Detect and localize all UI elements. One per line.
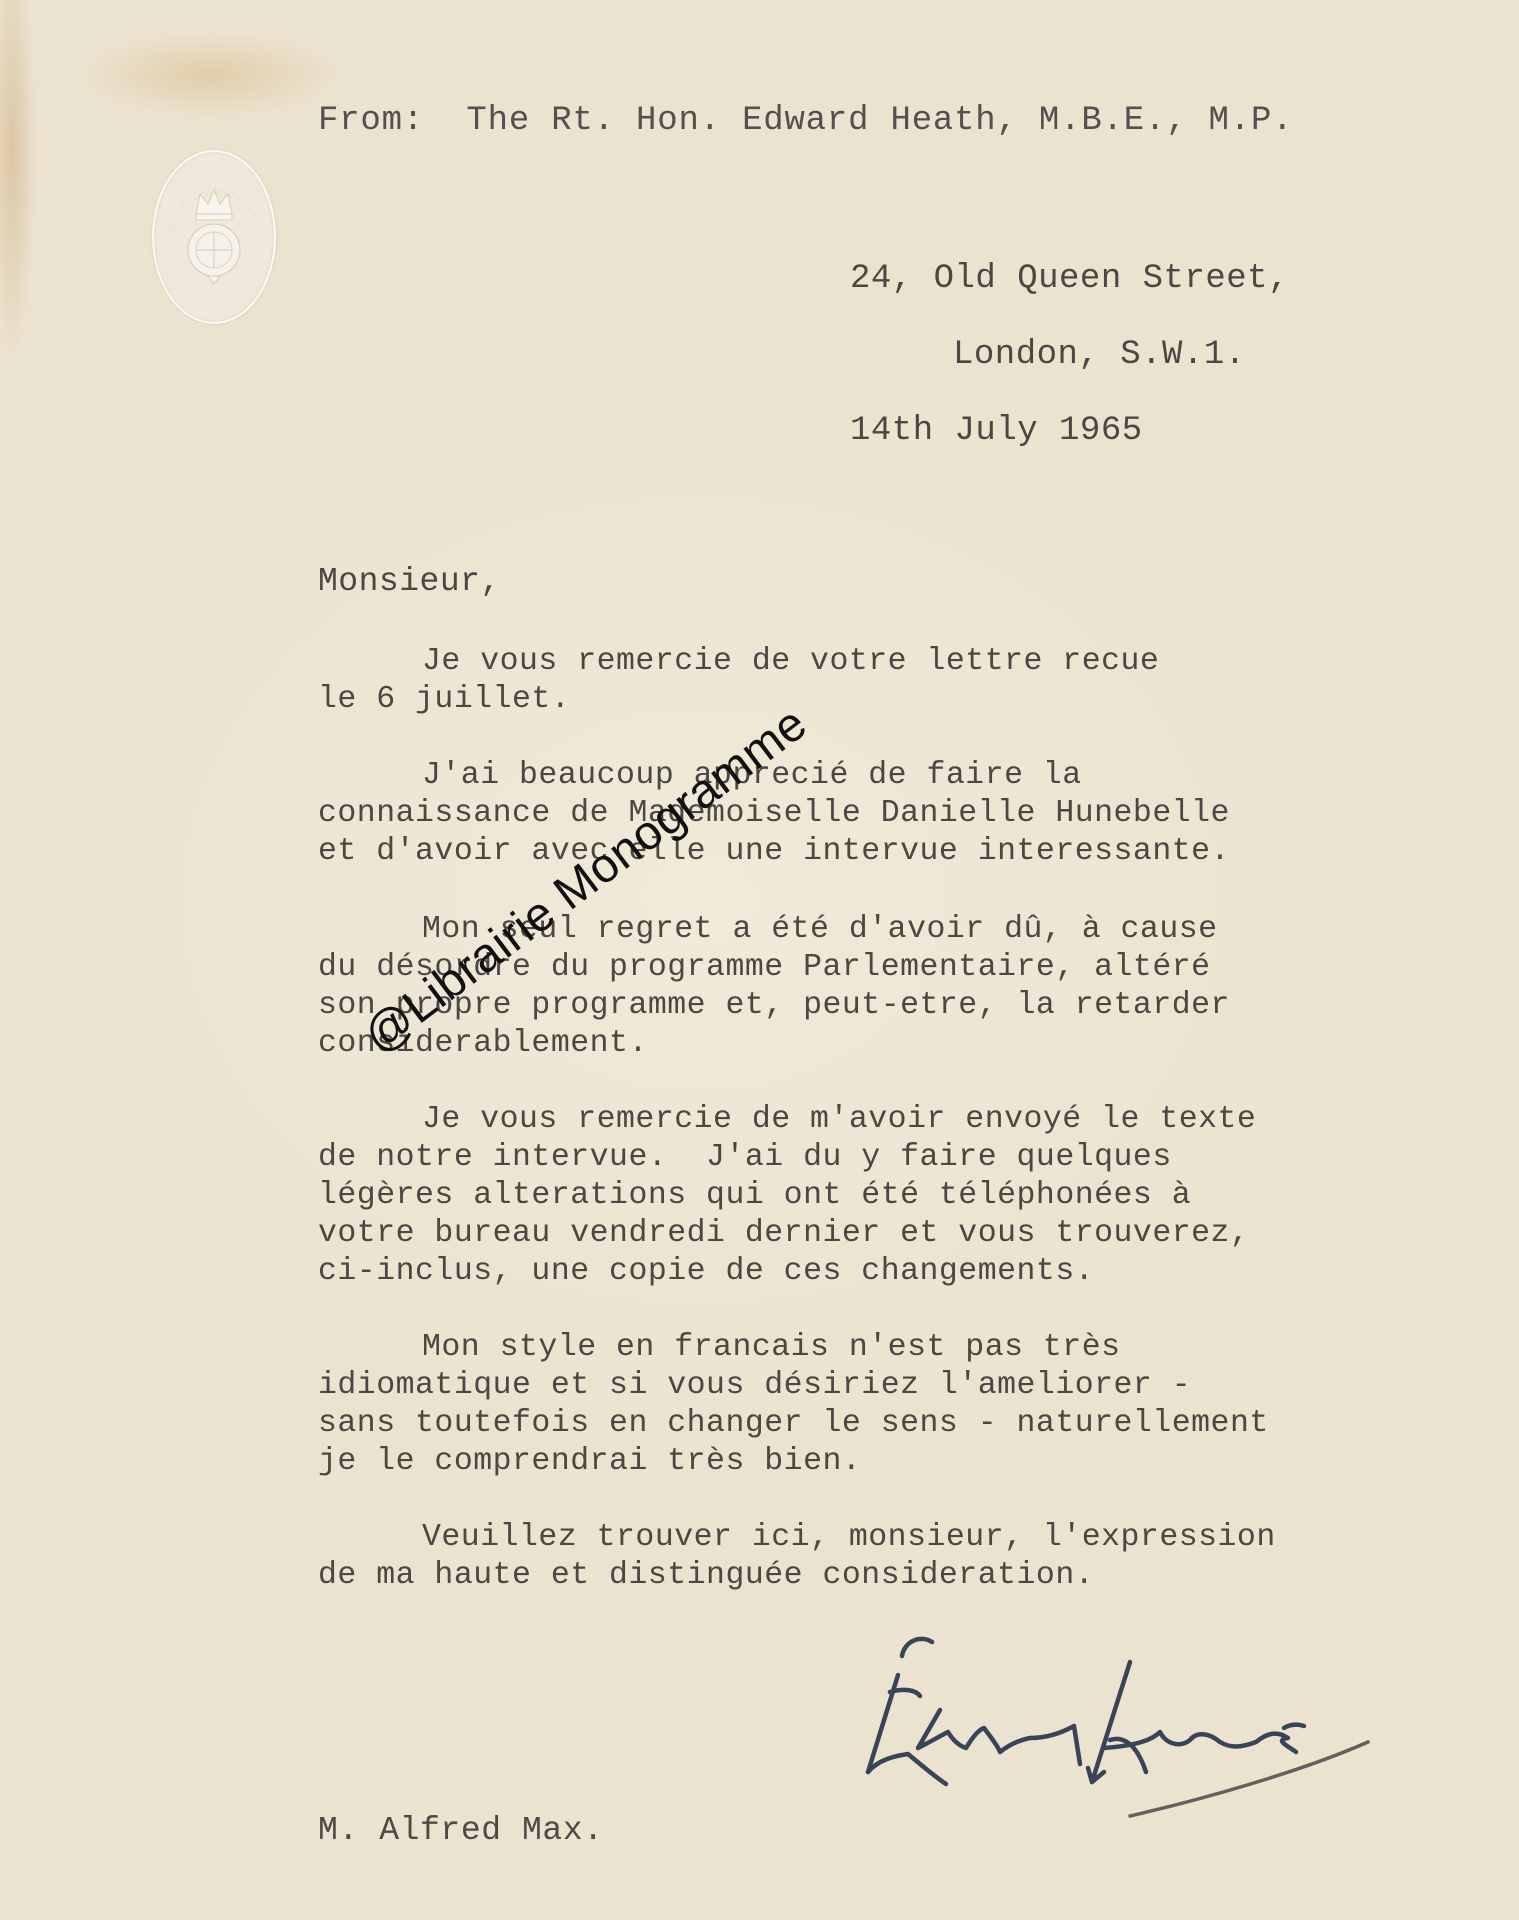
letter-date: 14th July 1965	[850, 412, 1143, 450]
paragraph-line: sans toutefois en changer le sens - natu…	[318, 1405, 1269, 1443]
paragraph-line: légères alterations qui ont été téléphon…	[318, 1177, 1191, 1215]
house-of-commons-seal: HOUSE OF COMMONS	[152, 150, 276, 324]
salutation: Monsieur,	[318, 563, 501, 601]
paragraph-line: Mon style en francais n'est pas très	[422, 1329, 1121, 1367]
paragraph-line: connaissance de Mademoiselle Danielle Hu…	[318, 795, 1230, 833]
paragraph-line: idiomatique et si vous désiriez l'amelio…	[318, 1367, 1191, 1405]
paragraph-line: ci-inclus, une copie de ces changements.	[318, 1253, 1094, 1291]
letter-page: HOUSE OF COMMONS From: The Rt. Hon. Edwa…	[0, 0, 1519, 1920]
recipient-name: M. Alfred Max.	[318, 1812, 604, 1850]
sender-line: From: The Rt. Hon. Edward Heath, M.B.E.,…	[318, 102, 1293, 140]
handwritten-signature	[860, 1620, 1480, 1820]
paragraph-line: Je vous remercie de votre lettre recue	[422, 643, 1159, 681]
paragraph-line: le 6 juillet.	[318, 681, 570, 719]
paragraph-line: de notre intervue. J'ai du y faire quelq…	[318, 1139, 1172, 1177]
paragraph-line: je le comprendrai très bien.	[318, 1443, 861, 1481]
paragraph-line: Veuillez trouver ici, monsieur, l'expres…	[422, 1519, 1276, 1557]
address-line-1: 24, Old Queen Street,	[850, 260, 1289, 298]
paragraph-line: de ma haute et distinguée consideration.	[318, 1557, 1094, 1595]
paragraph-line: Je vous remercie de m'avoir envoyé le te…	[422, 1101, 1256, 1139]
crown-portcullis-icon: HOUSE OF COMMONS	[154, 152, 274, 322]
paragraph-line: et d'avoir avec elle une intervue intere…	[318, 833, 1230, 871]
address-line-2: London, S.W.1.	[953, 336, 1246, 374]
paragraph-line: votre bureau vendredi dernier et vous tr…	[318, 1215, 1249, 1253]
